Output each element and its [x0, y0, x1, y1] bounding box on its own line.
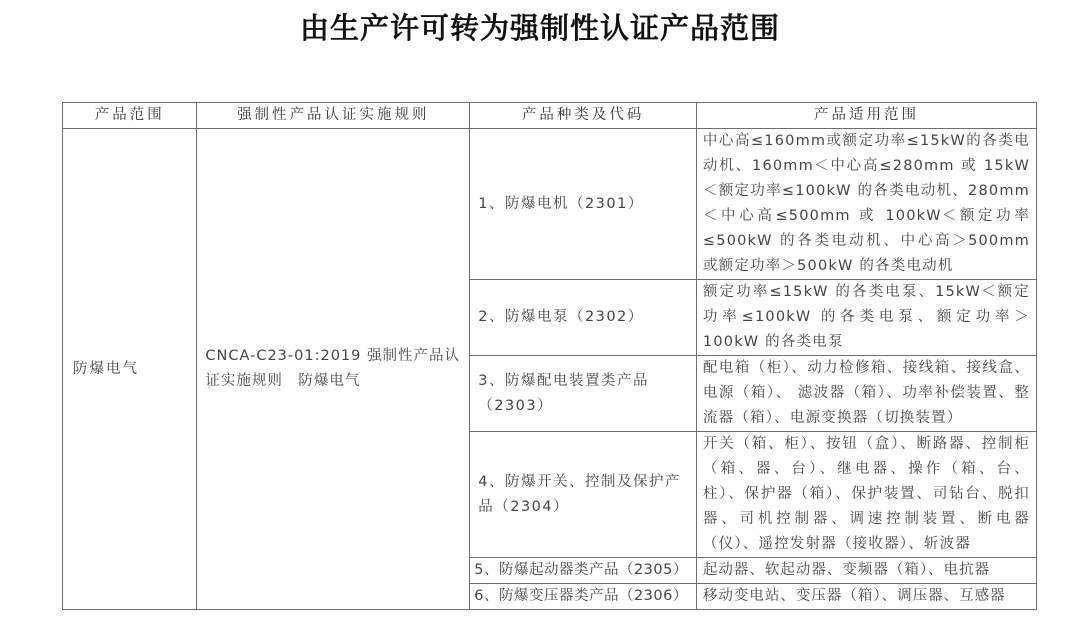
category-cell: 4、防爆开关、控制及保护产品（2304）: [470, 432, 697, 558]
category-cell: 1、防爆电机（2301）: [470, 129, 697, 280]
category-cell: 5、防爆起动器类产品（2305）: [470, 558, 697, 584]
header-product-scope: 产品范围: [63, 103, 197, 129]
header-certification-rule: 强制性产品认证实施规则: [197, 103, 470, 129]
category-cell: 6、防爆变压器类产品（2306）: [470, 584, 697, 610]
category-cell: 3、防爆配电装置类产品（2303）: [470, 356, 697, 432]
category-cell: 2、防爆电泵（2302）: [470, 280, 697, 356]
range-cell: 移动变电站、变压器（箱）、调压器、互感器: [696, 584, 1036, 610]
certification-rule-cell: CNCA-C23-01:2019 强制性产品认证实施规则 防爆电气: [197, 129, 470, 610]
header-applicable-range: 产品适用范围: [696, 103, 1036, 129]
range-cell: 配电箱（柜）、动力检修箱、接线箱、接线盒、电源（箱）、 滤波器（箱）、功率补偿装…: [696, 356, 1036, 432]
range-cell: 起动器、软起动器、变频器（箱）、电抗器: [696, 558, 1036, 584]
table-header-row: 产品范围 强制性产品认证实施规则 产品种类及代码 产品适用范围: [63, 103, 1037, 129]
table-row: 防爆电气 CNCA-C23-01:2019 强制性产品认证实施规则 防爆电气 1…: [63, 129, 1037, 280]
range-cell: 额定功率≤15kW 的各类电泵、15kW＜额定功率≤100kW 的各类电泵、额定…: [696, 280, 1036, 356]
product-scope-cell: 防爆电气: [63, 129, 197, 610]
certification-scope-table: 产品范围 强制性产品认证实施规则 产品种类及代码 产品适用范围 防爆电气 CNC…: [62, 102, 1037, 610]
range-cell: 中心高≤160mm或额定功率≤15kW的各类电动机、160mm＜中心高≤280m…: [696, 129, 1036, 280]
range-cell: 开关（箱、柜）、按钮（盒）、断路器、控制柜（箱、器、台）、继电器、操作（箱、台、…: [696, 432, 1036, 558]
page-title: 由生产许可转为强制性认证产品范围: [0, 6, 1080, 47]
header-category-code: 产品种类及代码: [470, 103, 697, 129]
